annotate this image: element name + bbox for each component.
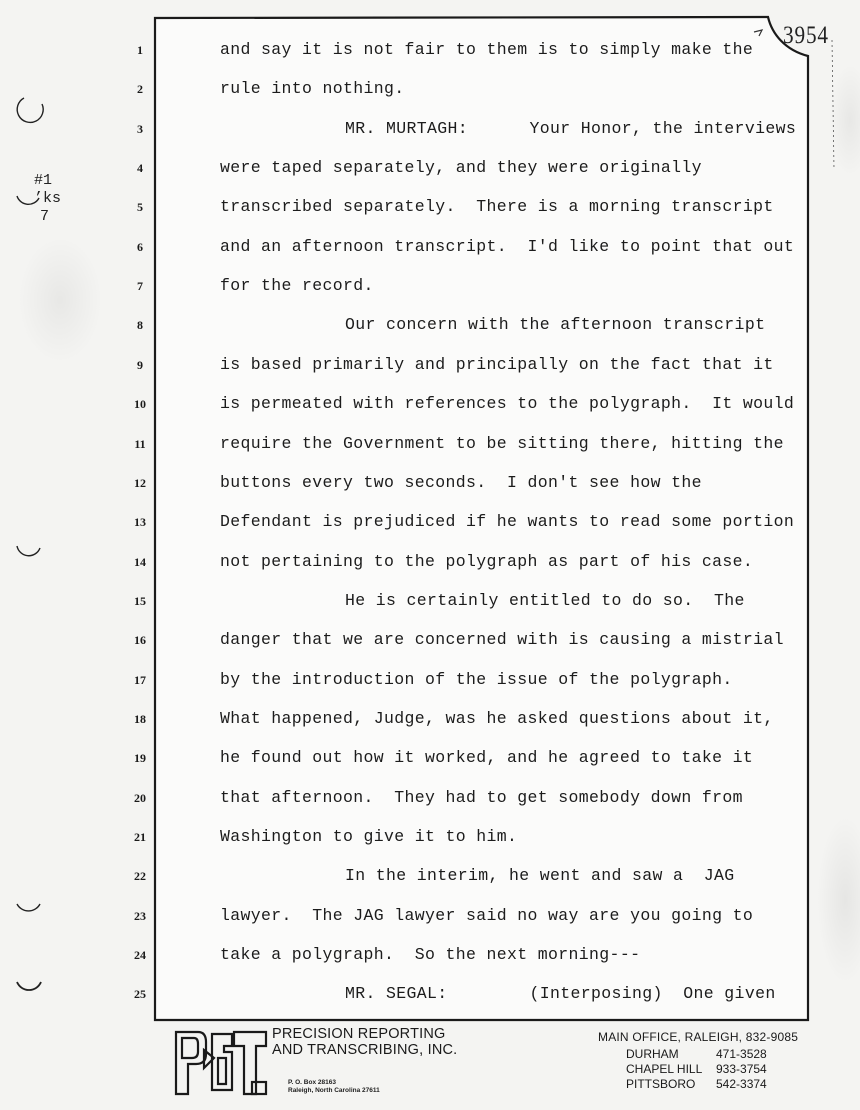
transcript-line: danger that we are concerned with is cau…	[220, 630, 784, 649]
margin-note-line: 7	[28, 208, 60, 226]
line-number: 21	[120, 830, 160, 845]
binder-hole-icon	[14, 540, 42, 568]
transcript-line: MR. MURTAGH: Your Honor, the interviews	[345, 119, 796, 138]
office-phone: 933-3754	[716, 1062, 767, 1077]
office-phone: 542-3374	[716, 1077, 767, 1092]
transcript-line: for the record.	[220, 276, 374, 295]
transcript-line: Defendant is prejudiced if he wants to r…	[220, 512, 794, 531]
firm-name-line: PRECISION REPORTING	[272, 1026, 457, 1042]
line-number: 22	[120, 869, 160, 884]
company-logo-icon	[174, 1028, 270, 1098]
line-number: 1	[120, 43, 160, 58]
transcript-line: require the Government to be sitting the…	[220, 434, 784, 453]
line-number: 5	[120, 200, 160, 215]
office-city: PITTSBORO	[626, 1077, 716, 1092]
transcript-line: Washington to give it to him.	[220, 827, 517, 846]
firm-name-line: AND TRANSCRIBING, INC.	[272, 1042, 457, 1058]
firm-address: P. O. Box 28163 Raleigh, North Carolina …	[288, 1079, 380, 1095]
line-number: 17	[120, 673, 160, 688]
line-number: 8	[120, 318, 160, 333]
transcript-line: is based primarily and principally on th…	[220, 355, 774, 374]
transcript-line: and an afternoon transcript. I'd like to…	[220, 237, 794, 256]
line-number: 9	[120, 358, 160, 373]
line-number: 2	[120, 82, 160, 97]
office-city: CHAPEL HILL	[626, 1062, 716, 1077]
address-line: P. O. Box 28163	[288, 1079, 380, 1087]
transcript-line: He is certainly entitled to do so. The	[345, 591, 745, 610]
transcript-line: were taped separately, and they were ori…	[220, 158, 702, 177]
transcript-line: In the interim, he went and saw a JAG	[345, 866, 735, 885]
binder-hole-icon	[14, 978, 42, 1006]
firm-name: PRECISION REPORTING AND TRANSCRIBING, IN…	[272, 1026, 457, 1058]
office-phone: 471-3528	[716, 1047, 767, 1062]
transcript-line: is permeated with references to the poly…	[220, 394, 794, 413]
transcript-line: MR. SEGAL: (Interposing) One given	[345, 984, 776, 1003]
line-number: 14	[120, 555, 160, 570]
line-number: 6	[120, 240, 160, 255]
transcript-line: buttons every two seconds. I don't see h…	[220, 473, 702, 492]
page-number: 3954	[783, 22, 829, 50]
margin-note-line: #1	[28, 172, 60, 190]
line-number: 23	[120, 909, 160, 924]
binder-hole-icon	[14, 94, 46, 126]
transcript-line: transcribed separately. There is a morni…	[220, 197, 774, 216]
transcript-line: What happened, Judge, was he asked quest…	[220, 709, 774, 728]
main-office: MAIN OFFICE, RALEIGH, 832-9085	[598, 1030, 798, 1044]
office-row: PITTSBORO 542-3374	[626, 1077, 798, 1092]
line-number: 15	[120, 594, 160, 609]
line-number: 7	[120, 279, 160, 294]
line-number: 12	[120, 476, 160, 491]
transcript-line: rule into nothing.	[220, 79, 405, 98]
transcript-line: by the introduction of the issue of the …	[220, 670, 733, 689]
office-row: CHAPEL HILL 933-3754	[626, 1062, 798, 1077]
line-number: 19	[120, 751, 160, 766]
office-directory: MAIN OFFICE, RALEIGH, 832-9085 DURHAM 47…	[598, 1030, 798, 1092]
line-number: 10	[120, 397, 160, 412]
transcript-line: not pertaining to the polygraph as part …	[220, 552, 753, 571]
transcript-line: Our concern with the afternoon transcrip…	[345, 315, 765, 334]
line-number: 25	[120, 987, 160, 1002]
transcript-line: take a polygraph. So the next morning---	[220, 945, 640, 964]
margin-note: #1 ’ks 7	[28, 172, 60, 226]
office-city: DURHAM	[626, 1047, 716, 1062]
transcript-line: and say it is not fair to them is to sim…	[220, 40, 753, 59]
transcript-line: lawyer. The JAG lawyer said no way are y…	[220, 906, 753, 925]
office-row: DURHAM 471-3528	[626, 1047, 798, 1062]
line-number: 20	[120, 791, 160, 806]
binder-hole-icon	[14, 898, 42, 926]
address-line: Raleigh, North Carolina 27611	[288, 1087, 380, 1095]
line-number: 11	[120, 437, 160, 452]
transcript-line: that afternoon. They had to get somebody…	[220, 788, 743, 807]
arrow-mark	[754, 30, 762, 36]
bleed-through-shading	[335, 150, 405, 370]
line-number: 16	[120, 633, 160, 648]
line-number: 13	[120, 515, 160, 530]
transcript-line: he found out how it worked, and he agree…	[220, 748, 753, 767]
line-number: 18	[120, 712, 160, 727]
line-number: 3	[120, 122, 160, 137]
line-number: 4	[120, 161, 160, 176]
line-number: 24	[120, 948, 160, 963]
margin-note-line: ’ks	[28, 190, 60, 208]
